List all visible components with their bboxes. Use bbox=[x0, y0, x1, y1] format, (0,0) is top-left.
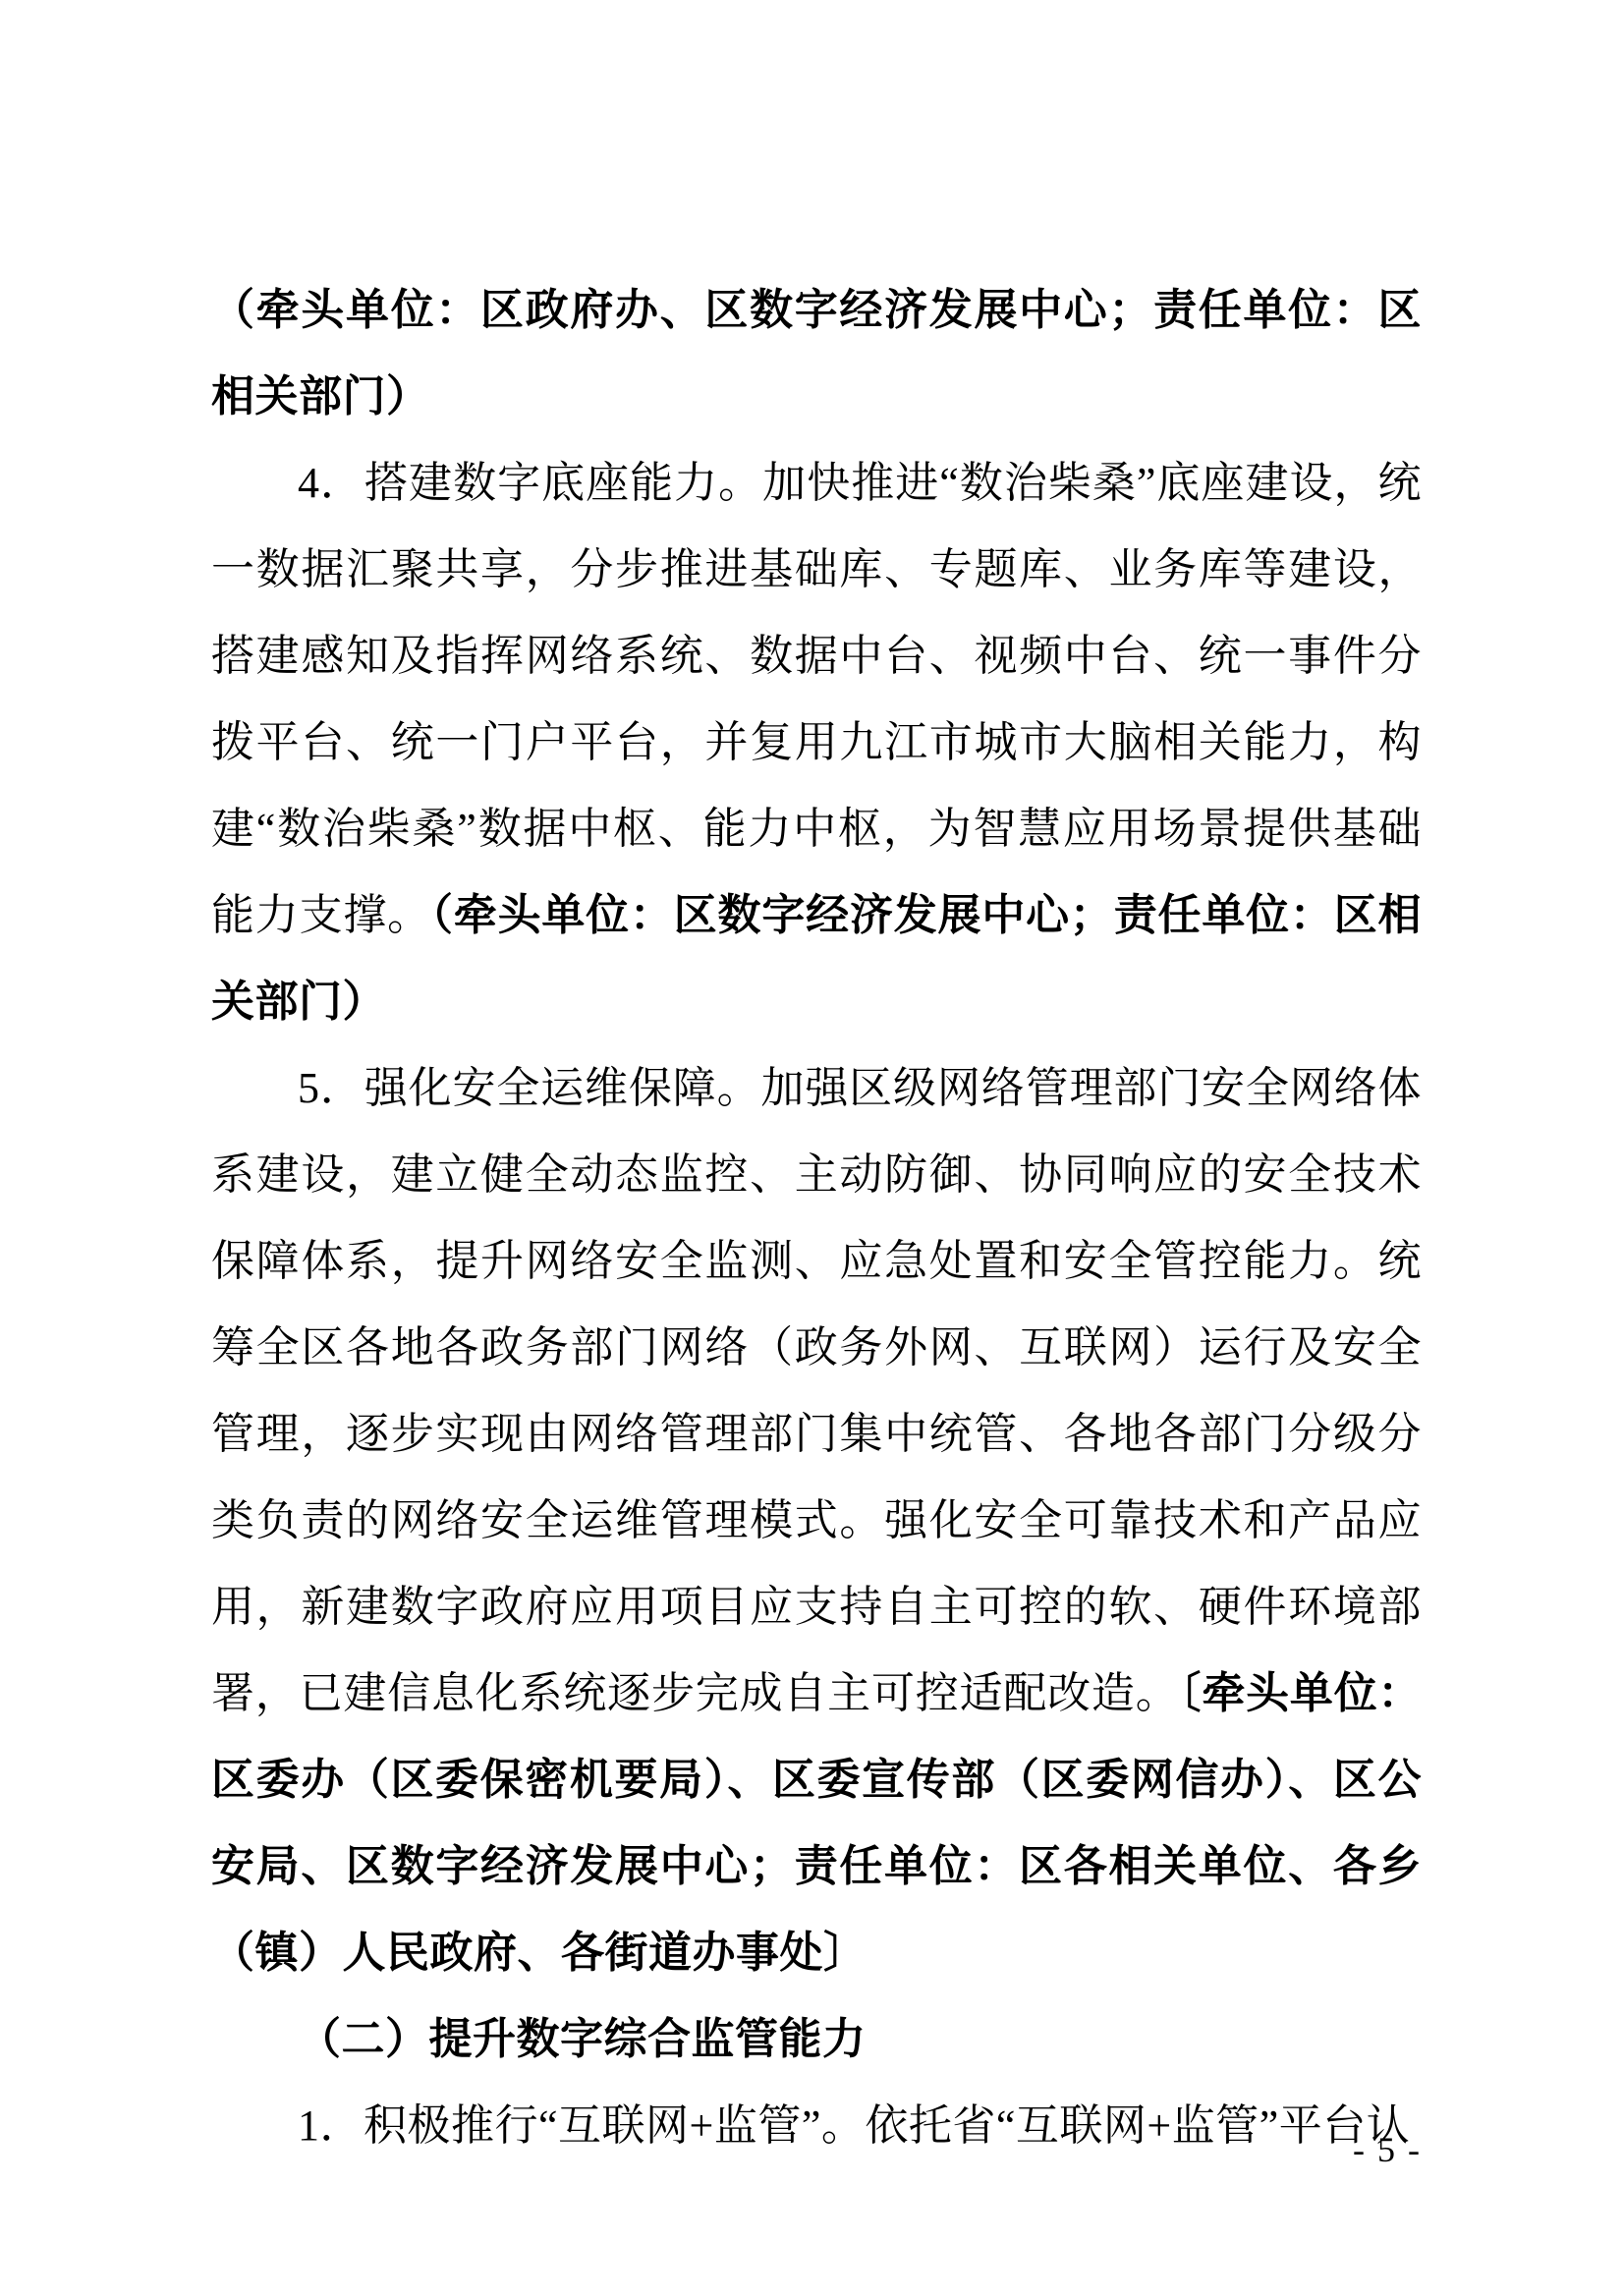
item-5-body-text: 5．强化安全运维保障。加强区级网络管理部门安全网络体系建设，建立健全动态监控、主… bbox=[211, 1064, 1422, 1717]
section-heading: （二）提升数字综合监管能力 bbox=[211, 1996, 1422, 2083]
section-heading-text: （二）提升数字综合监管能力 bbox=[298, 2015, 867, 2063]
paragraph-item-4: 4．搭建数字底座能力。加快推进“数治柴桑”底座建设，统一数据汇聚共享，分步推进基… bbox=[211, 440, 1422, 1045]
paragraph-item-5: 5．强化安全运维保障。加强区级网络管理部门安全网络体系建设，建立健全动态监控、主… bbox=[211, 1045, 1422, 1996]
document-page: （牵头单位：区政府办、区数字经济发展中心；责任单位：区相关部门） 4．搭建数字底… bbox=[0, 0, 1623, 2296]
item-4-body-text: 4．搭建数字底座能力。加快推进“数治柴桑”底座建设，统一数据汇聚共享，分步推进基… bbox=[211, 459, 1422, 939]
carryover-unit-note-text: （牵头单位：区政府办、区数字经济发展中心；责任单位：区相关部门） bbox=[211, 286, 1422, 420]
item-1-body-text: 1．积极推行“互联网+监管”。依托省“互联网+监管”平台认 bbox=[298, 2101, 1410, 2150]
paragraph-carryover-unit-note: （牵头单位：区政府办、区数字经济发展中心；责任单位：区相关部门） bbox=[211, 267, 1422, 440]
document-body: （牵头单位：区政府办、区数字经济发展中心；责任单位：区相关部门） 4．搭建数字底… bbox=[211, 267, 1422, 2169]
paragraph-item-1: 1．积极推行“互联网+监管”。依托省“互联网+监管”平台认 bbox=[211, 2083, 1422, 2169]
page-number: - 5 - bbox=[1353, 2130, 1422, 2169]
